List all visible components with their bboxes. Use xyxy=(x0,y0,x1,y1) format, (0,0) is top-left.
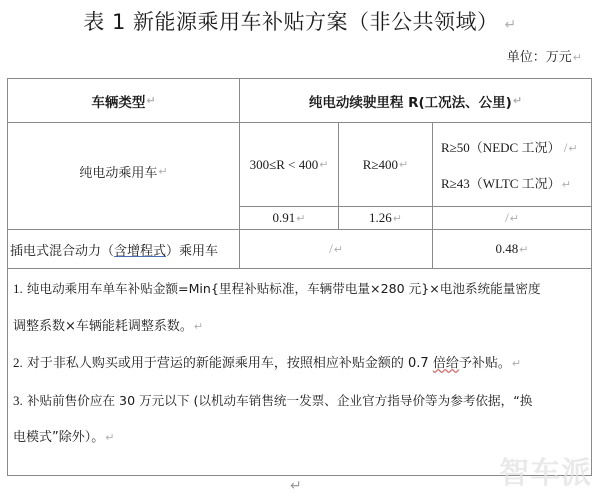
range-text: R≥400 xyxy=(363,157,398,173)
cell-range-400-plus: R≥400↵ xyxy=(339,123,432,206)
paragraph-mark-icon: ↵ xyxy=(146,94,155,107)
value-text: 0.91 xyxy=(273,210,296,226)
paragraph-mark-icon: ↵ xyxy=(105,431,114,444)
header-vehicle-type: 车辆类型↵ xyxy=(8,79,239,122)
note-1: 1. 纯电动乘用车单车补贴金额=Min{里程补贴标准，车辆带电量×280 元}×… xyxy=(13,271,591,309)
note-2: 2. 对于非私人购买或用于营运的新能源乘用车，按照相应补贴金额的 0.7 倍给予… xyxy=(13,345,591,383)
note-text: 对于非私人购买或用于营运的新能源乘用车，按照相应补贴金额的 0.7 xyxy=(27,356,433,371)
label-underlined-text: 含增程式 xyxy=(114,240,166,259)
row-label-phev: 插电式混合动力（含增程式）乘用车 xyxy=(8,230,239,268)
row-label-bev: 纯电动乘用车↵ xyxy=(8,123,239,229)
header-text: 车辆类型 xyxy=(91,91,145,111)
unit-label: 单位：万元↵ xyxy=(507,46,582,65)
paragraph-mark-icon: ↵ xyxy=(562,178,571,191)
header-text: 纯电动续驶里程 R(工况法、公里) xyxy=(309,91,512,111)
note-number: 1. xyxy=(13,281,23,296)
value-text: 1.26 xyxy=(369,210,392,226)
note-3: 3. 补贴前售价应在 30 万元以下 (以机动车销售统一发票、企业官方指导价等为… xyxy=(13,383,591,421)
value-text: 0.48 xyxy=(496,241,519,257)
slash-text: / xyxy=(564,140,568,155)
paragraph-mark-icon: ↵ xyxy=(334,243,343,256)
value-text: / xyxy=(505,210,509,226)
paragraph-mark-icon: ↵ xyxy=(296,212,305,225)
range-text: R≥50（NEDC 工况） xyxy=(441,140,560,155)
paragraph-mark-icon: ↵ xyxy=(194,320,203,333)
notes-section: 1. 纯电动乘用车单车补贴金额=Min{里程补贴标准，车辆带电量×280 元}×… xyxy=(13,271,591,457)
paragraph-mark-icon: ↵ xyxy=(568,142,577,155)
title-text: 表 1 新能源乘用车补贴方案（非公共领域） xyxy=(83,10,498,34)
value-text: / xyxy=(329,241,333,257)
note-text: 电模式”除外）。 xyxy=(13,430,104,445)
cell-value-phev-col: /↵ xyxy=(433,207,591,229)
paragraph-mark-icon: ↵ xyxy=(319,158,328,171)
cell-range-phev: R≥50（NEDC 工况） /↵ R≥43（WLTC 工况）↵ xyxy=(433,123,591,206)
range-nedc: R≥50（NEDC 工况） /↵ xyxy=(441,137,578,156)
label-text: 插电式混合动力（ xyxy=(10,240,114,259)
note-text: 调整系数×车辆能耗调整系数。 xyxy=(13,319,193,334)
note-text: 补贴前售价应在 30 万元以下 (以机动车销售统一发票、企业官方指导价等为参考依… xyxy=(27,393,532,408)
cell-phev-bev-cols: /↵ xyxy=(240,230,432,268)
paragraph-mark-icon: ↵ xyxy=(513,94,522,107)
table-divider xyxy=(8,268,591,269)
unit-text: 单位：万元 xyxy=(507,50,572,65)
cell-value-300-400: 0.91↵ xyxy=(240,207,338,229)
paragraph-mark-icon: ↵ xyxy=(510,212,519,225)
header-range: 纯电动续驶里程 R(工况法、公里)↵ xyxy=(240,79,591,122)
paragraph-mark-icon: ↵ xyxy=(573,51,582,64)
paragraph-mark-icon: ↵ xyxy=(158,165,167,178)
paragraph-mark-icon: ↵ xyxy=(393,212,402,225)
paragraph-mark-icon: ↵ xyxy=(504,17,516,33)
spellcheck-flagged-text: 倍给 xyxy=(433,356,459,371)
cell-value-400-plus: 1.26↵ xyxy=(339,207,432,229)
subsidy-table: 车辆类型↵ 纯电动续驶里程 R(工况法、公里)↵ 纯电动乘用车↵ 300≤R <… xyxy=(7,78,592,476)
range-text: 300≤R < 400 xyxy=(250,157,319,173)
note-1-cont: 调整系数×车辆能耗调整系数。↵ xyxy=(13,309,591,346)
row-label-text: 纯电动乘用车 xyxy=(79,162,157,181)
paragraph-mark-icon: ↵ xyxy=(290,478,302,494)
paragraph-mark-icon: ↵ xyxy=(399,158,408,171)
paragraph-mark-icon: ↵ xyxy=(512,357,521,370)
label-text: ）乘用车 xyxy=(166,240,218,259)
range-text: R≥43（WLTC 工况） xyxy=(441,176,561,191)
note-number: 3. xyxy=(13,393,23,408)
range-wltc: R≥43（WLTC 工况）↵ xyxy=(441,173,571,192)
note-text: 予补贴。 xyxy=(459,356,511,371)
note-number: 2. xyxy=(13,355,23,370)
paragraph-mark-icon: ↵ xyxy=(519,243,528,256)
cell-phev-value: 0.48↵ xyxy=(433,230,591,268)
document-title: 表 1 新能源乘用车补贴方案（非公共领域）↵ xyxy=(0,6,600,36)
note-text: 纯电动乘用车单车补贴金额=Min{里程补贴标准，车辆带电量×280 元}×电池系… xyxy=(27,281,541,296)
watermark-logo: 智车派 xyxy=(499,448,592,492)
cell-range-300-400: 300≤R < 400↵ xyxy=(240,123,338,206)
